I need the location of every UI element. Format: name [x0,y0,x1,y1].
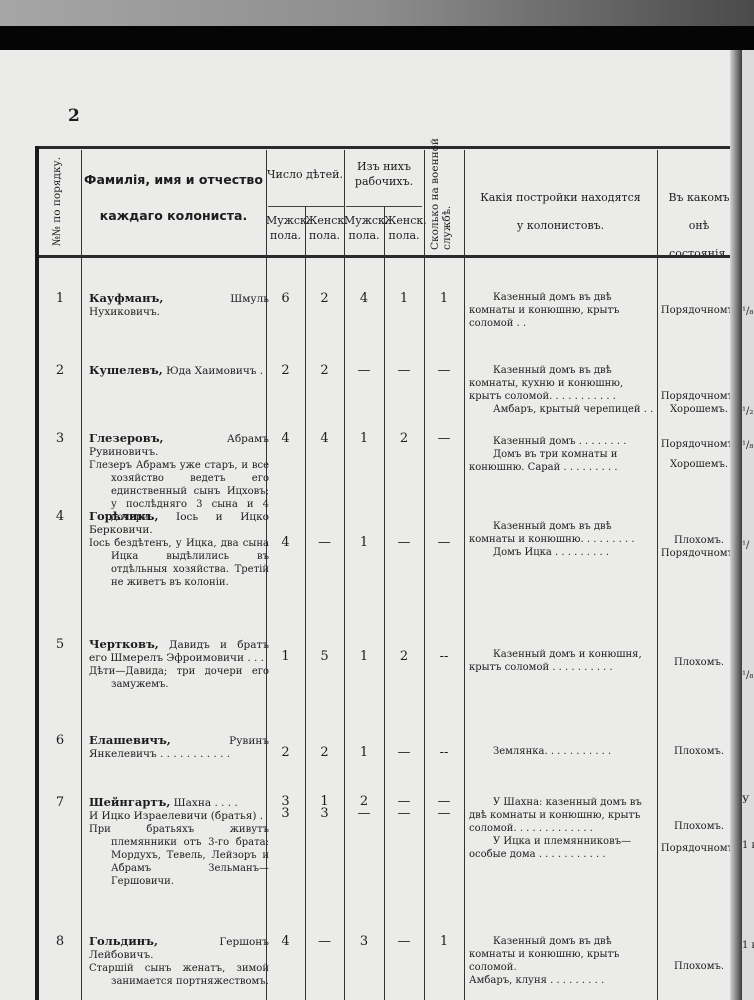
workers-male: 4 [344,292,384,305]
workers-male: — [344,364,384,377]
workers-female: 1 [384,292,424,305]
children-male: 2 [266,746,305,759]
colonist-note: При братьяхъ живутъ племянники отъ 3-го … [89,823,269,888]
building-state: Плохомъ. [659,656,739,669]
colonist-note: Старшій сынъ женатъ, зимой занимается по… [89,962,269,988]
row-number: 3 [39,432,81,445]
workers-female: — [384,536,424,549]
row-number: 7 [39,796,81,809]
facing-page-fragment: ¹/₈ ¹/₂ ¹/₈ ¹/ ¹/₈ У 1 в 1 ко [742,50,754,1000]
children-female: — [305,935,344,948]
building-state: Плохомъ.Порядочномъ. [659,534,739,560]
header-military: Сколько на военнойслужбѣ. [429,138,453,250]
building-state: Порядочномъ. [659,304,739,317]
colonist-register-table: №№ по порядку. Фамилія, имя и отчество к… [35,146,741,1000]
facing-page-text: 1 в [742,840,754,851]
header-bottom-rule [39,255,741,258]
colonist-name: Горѣликъ, Іось и Ицко Берковичи. Іось бе… [89,510,269,589]
header-buildings: Какія постройки находятсяу колонистовъ. [464,184,657,240]
buildings: Казенный домъ и конюшня, крытъ соломой .… [469,648,654,674]
building-state: Плохомъ.Порядочномъ. [659,816,739,860]
col-divider [424,150,425,1000]
building-state: Плохомъ. [659,960,739,973]
children-male: 3 3 [266,796,305,820]
workers-male: 1 [344,432,384,445]
workers-male: 1 [344,650,384,663]
children-male: 6 [266,292,305,305]
buildings: Казенный домъ въ двѣ комнаты и конюшню. … [469,520,654,559]
children-female: 2 [305,364,344,377]
header-workers-female: Женск.пола. [384,214,424,244]
row-number: 6 [39,734,81,747]
military-service: 1 [424,292,464,305]
col-divider [657,150,658,1000]
col-divider [81,150,82,1000]
buildings: Казенный домъ въ двѣ комнаты, кухню и ко… [469,364,654,416]
colonist-name: Кауфманъ, Шмуль Нухиковичъ. [89,292,269,319]
children-male: 1 [266,650,305,663]
building-state: Порядочномъ.Хорошемъ. [659,390,739,416]
workers-female: 2 [384,650,424,663]
header-children: Число дѣтей. [266,168,344,183]
header-children-male: Мужск.пола. [266,214,305,244]
row-number: 8 [39,935,81,948]
workers-male: 2 — [344,796,384,820]
workers-female: — — [384,796,424,820]
buildings: Казенный домъ въ двѣ комнаты и конюшню, … [469,935,654,987]
children-male: 4 [266,536,305,549]
facing-page-text: 1 ко [742,940,754,951]
workers-male: 3 [344,935,384,948]
colonist-name: Гольдинъ, Гершонъ Лейбовичъ. Старшій сын… [89,935,269,988]
col-divider [384,206,385,1000]
military-service: — [424,364,464,377]
children-male: 4 [266,432,305,445]
buildings: У Шахна: казенный домъ въ двѣ комнаты и … [469,796,654,861]
military-service: — [424,536,464,549]
colonist-note: Дѣти—Давида; три дочери его замужемъ. [89,665,269,691]
children-female: 2 [305,746,344,759]
facing-page-text: ¹/₈ [742,670,753,681]
row-number: 5 [39,638,81,651]
col-divider [305,206,306,1000]
row-number: 1 [39,292,81,305]
facing-page-text: У [742,795,749,806]
military-service: — [424,432,464,445]
row-number: 4 [39,510,81,523]
children-female: 5 [305,650,344,663]
facing-page-text: ¹/₈ [742,306,753,317]
header-name-line1: Фамилія, имя и отчество [81,162,266,198]
colonist-name: Кушелевъ, Юда Хаимовичъ . [89,364,269,378]
page-number: 2 [68,106,80,126]
col-divider [344,150,345,1000]
military-service: — — [424,796,464,820]
workers-female: — [384,746,424,759]
facing-page-text: ¹/₂ [742,406,753,417]
header-workers: Изъ нихърабочихъ. [344,160,424,190]
workers-female: — [384,935,424,948]
header-name: Фамилія, имя и отчество каждаго колонист… [81,162,266,235]
children-male: 4 [266,935,305,948]
children-female: — [305,536,344,549]
header-children-female: Женск.пола. [305,214,344,244]
military-service: -- [424,650,464,663]
buildings: Казенный домъ . . . . . . . . Домъ въ тр… [469,435,654,474]
table-top-rule [39,146,741,149]
row-number: 2 [39,364,81,377]
facing-page-text: ¹/₈ [742,440,753,451]
children-male: 2 [266,364,305,377]
workers-female: — [384,364,424,377]
children-female: 1 3 [305,796,344,820]
building-state: Порядочномъ.Хорошемъ. [659,435,739,475]
military-service: 1 [424,935,464,948]
workers-male: 1 [344,746,384,759]
children-female: 2 [305,292,344,305]
military-service: -- [424,746,464,759]
header-order-no: №№ по порядку. [51,157,63,246]
buildings: Землянка. . . . . . . . . . . [469,745,654,758]
colonist-name: Чертковъ, Давидъ и братъ его Шмерелъ Эфр… [89,638,269,691]
children-female: 4 [305,432,344,445]
header-name-line2: каждаго колониста. [81,198,266,234]
building-state: Плохомъ. [659,745,739,758]
buildings: Казенный домъ въ двѣ комнаты и конюшню, … [469,291,654,330]
workers-male: 1 [344,536,384,549]
book-edge-shadow [0,26,754,50]
workers-female: 2 [384,432,424,445]
header-workers-male: Мужск.пола. [344,214,384,244]
colonist-note: Іось бездѣтенъ, у Ицка, два сына Ицка вы… [89,537,269,589]
header-children-rule [268,206,344,207]
facing-page-text: ¹/ [742,540,749,551]
colonist-name: Елашевичъ, Рувинъ Янкелевичъ . . . . . .… [89,734,269,761]
col-divider [464,150,465,1000]
colonist-name: Шейнгартъ, Шахна . . . . И Ицко Израелев… [89,796,269,888]
